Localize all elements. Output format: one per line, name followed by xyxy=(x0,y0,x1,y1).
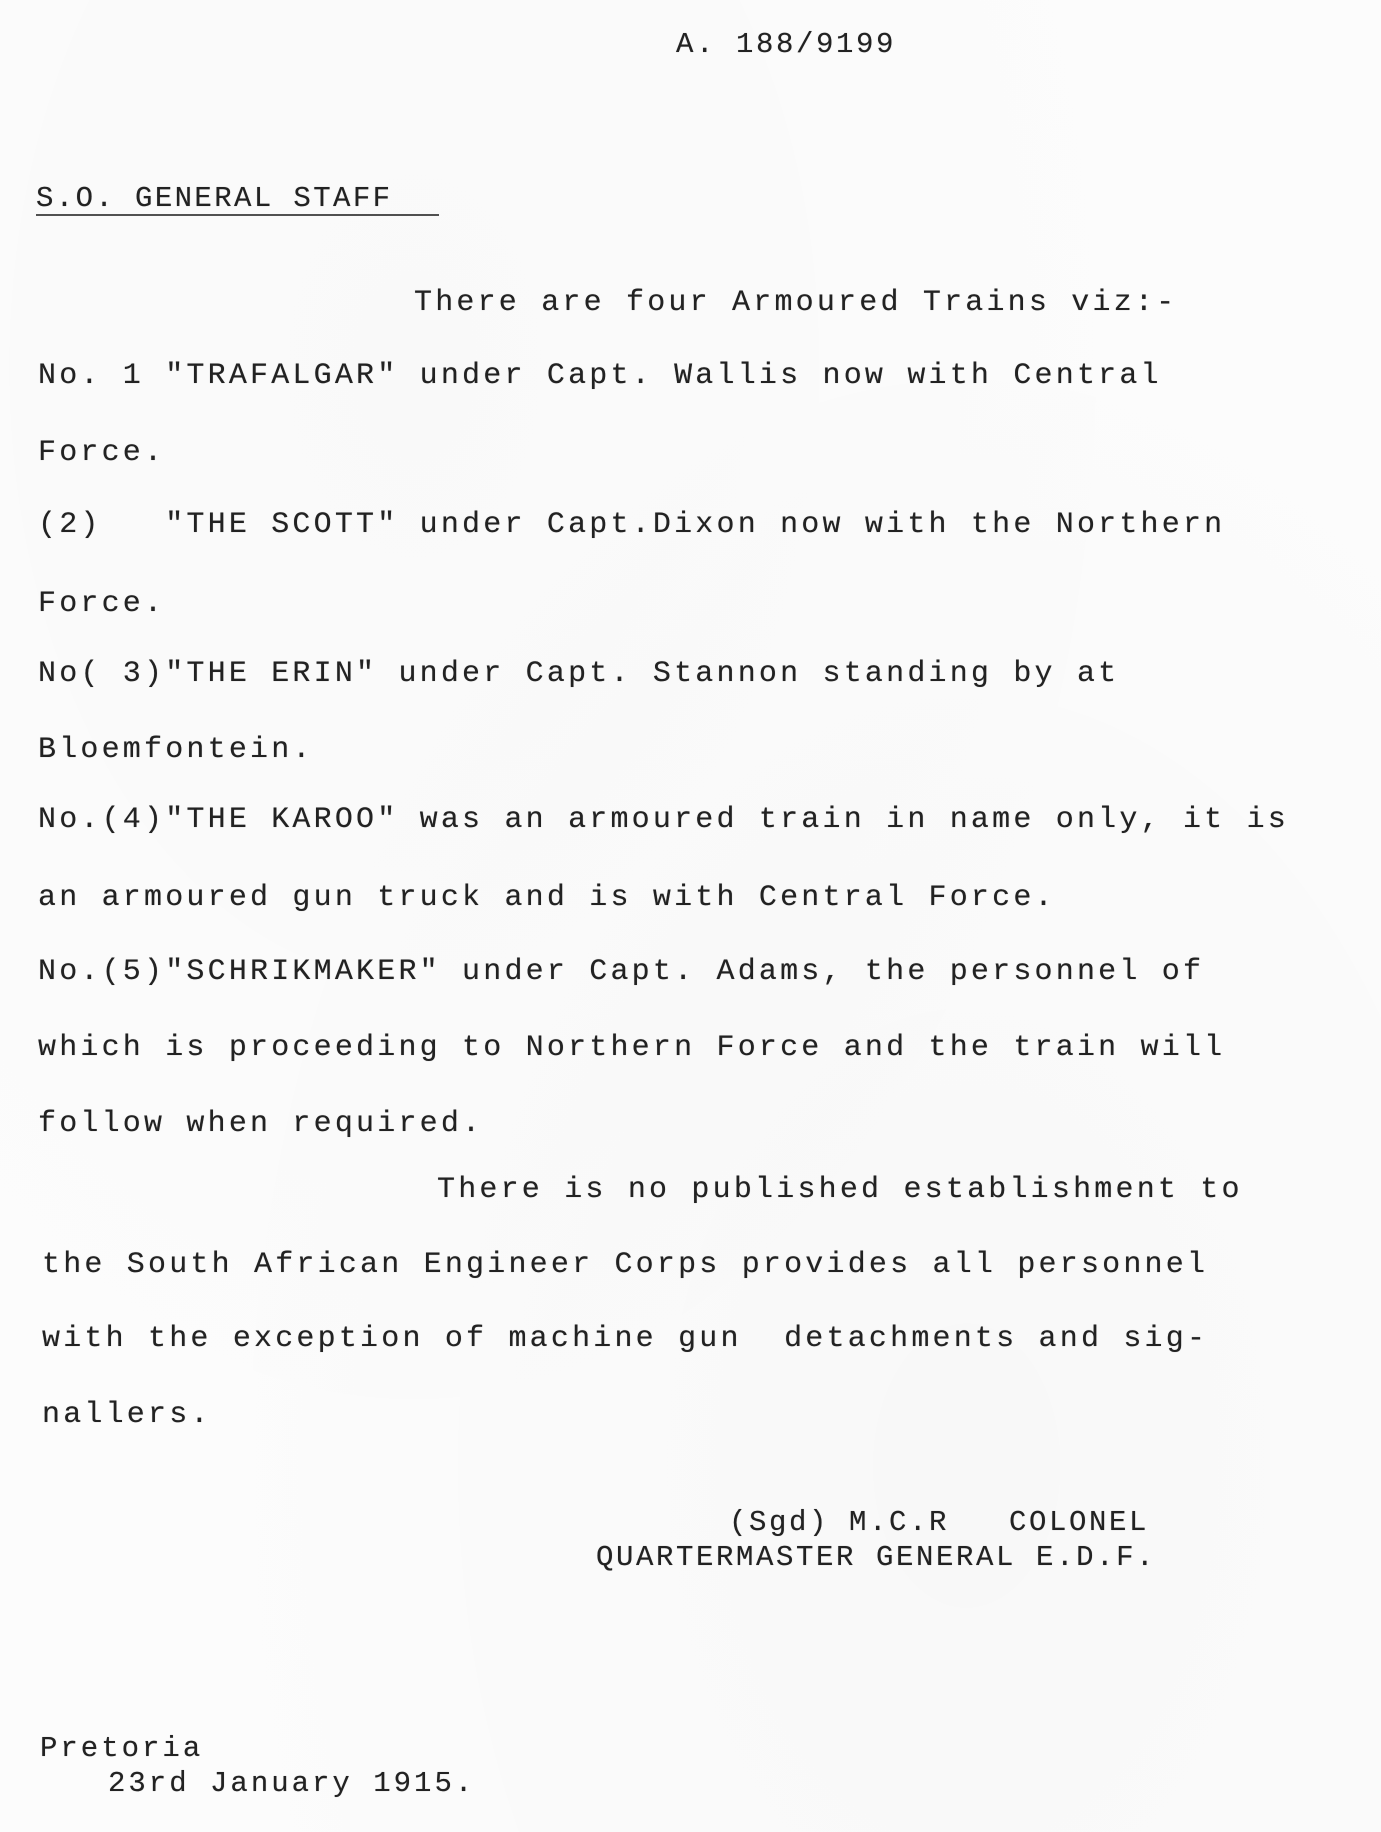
body-line: No.(4)"THE KAROO" was an armoured train … xyxy=(38,805,1289,835)
signatory-title: QUARTERMASTER GENERAL E.D.F. xyxy=(596,1543,1156,1572)
addressee-heading: S.O. GENERAL STAFF xyxy=(36,184,392,213)
heading-underline xyxy=(36,214,439,216)
body-line: No( 3)"THE ERIN" under Capt. Stannon sta… xyxy=(38,659,1119,689)
body-line: with the exception of machine gun detach… xyxy=(42,1324,1208,1354)
issue-date: 23rd January 1915. xyxy=(108,1769,475,1798)
body-line: Force. xyxy=(38,438,165,468)
signature-line: (Sgd) M.C.R COLONEL xyxy=(729,1508,1149,1537)
body-line: There is no published establishment to xyxy=(437,1175,1243,1205)
body-line: No.(5)"SCHRIKMAKER" under Capt. Adams, t… xyxy=(38,957,1204,987)
place-of-issue: Pretoria xyxy=(40,1734,203,1763)
body-line: which is proceeding to Northern Force an… xyxy=(38,1033,1225,1063)
body-line: No. 1 "TRAFALGAR" under Capt. Wallis now… xyxy=(38,361,1162,391)
body-line: nallers. xyxy=(42,1400,212,1430)
reference-number: A. 188/9199 xyxy=(676,30,896,59)
body-line: an armoured gun truck and is with Centra… xyxy=(38,883,1056,913)
body-line: There are four Armoured Trains viz:- xyxy=(414,288,1177,318)
body-line: Bloemfontein. xyxy=(38,735,314,765)
body-line: the South African Engineer Corps provide… xyxy=(42,1250,1208,1280)
body-line: follow when required. xyxy=(38,1109,483,1139)
document-page: A. 188/9199 S.O. GENERAL STAFF There are… xyxy=(0,0,1381,1832)
body-line: (2) "THE SCOTT" under Capt.Dixon now wit… xyxy=(38,510,1225,540)
body-line: Force. xyxy=(38,589,165,619)
